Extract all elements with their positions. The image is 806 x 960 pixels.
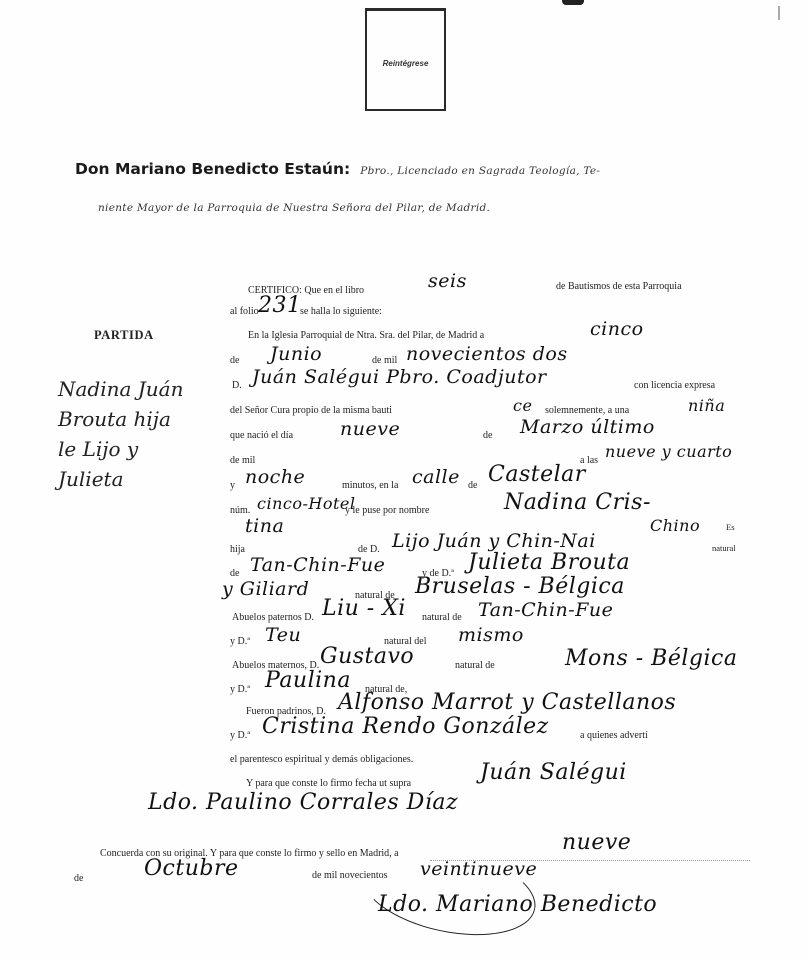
paternal-grandmother: Teu bbox=[265, 624, 301, 646]
officiating-priest: Juán Salégui Pbro. Coadjutor bbox=[252, 366, 547, 388]
concordance-day: nueve bbox=[562, 830, 631, 855]
mother-name-cont: y Giliard bbox=[222, 578, 309, 600]
godmother: Cristina Rendo González bbox=[262, 714, 549, 739]
partida-label: PARTIDA bbox=[94, 328, 154, 343]
birth-hour: nueve y cuarto bbox=[605, 442, 732, 461]
paternal-grandfather-birthplace: Tan-Chin-Fue bbox=[478, 599, 613, 621]
stamp-label: Reintégrese bbox=[367, 59, 444, 68]
paternal-grandmother-birthplace: mismo bbox=[458, 624, 524, 646]
header-line-2: niente Mayor de la Parroquia de Nuestra … bbox=[98, 202, 490, 214]
folio-value: 231 bbox=[258, 293, 302, 318]
birth-month: Marzo último bbox=[520, 416, 655, 438]
paternal-grandfather: Liu - Xi bbox=[322, 596, 406, 621]
birth-time-of-day: noche bbox=[245, 466, 305, 488]
priest-title: Pbro., Licenciado en Sagrada Teología, T… bbox=[360, 165, 600, 177]
maternal-grandfather: Gustavo bbox=[320, 644, 414, 669]
birth-street: Castelar bbox=[488, 462, 586, 487]
godfather: Alfonso Marrot y Castellanos bbox=[338, 690, 676, 715]
baptism-year: novecientos dos bbox=[406, 343, 568, 365]
child-name: Nadina Cris- bbox=[504, 490, 651, 515]
mother-birthplace: Bruselas - Bélgica bbox=[415, 574, 625, 599]
margin-note: Nadina Juán Brouta hija le Lijo y Juliet… bbox=[58, 374, 184, 494]
priest-name: Don Mariano Benedicto Estaún: bbox=[75, 160, 350, 178]
scan-mark bbox=[562, 0, 584, 5]
bautismos-text: de Bautismos de esta Parroquia bbox=[556, 281, 682, 292]
concordance-month: Octubre bbox=[144, 856, 239, 881]
stamp-box: Reintégrese bbox=[365, 8, 446, 111]
birth-day: nueve bbox=[340, 418, 400, 440]
priest-signature: Juán Salégui bbox=[480, 760, 627, 785]
child-name-cont: tina bbox=[245, 515, 284, 537]
baptism-month: Junio bbox=[270, 343, 322, 365]
libro-value: seis bbox=[428, 270, 467, 292]
father-name: Lijo Juán y Chin-Nai bbox=[392, 530, 596, 552]
folio-suffix: se halla lo siguiente: bbox=[300, 306, 382, 317]
mother-name: Julieta Brouta bbox=[468, 550, 630, 575]
gender: niña bbox=[688, 396, 725, 415]
header-line-1: Don Mariano Benedicto Estaún: Pbro., Lic… bbox=[75, 160, 600, 179]
father-origin: Chino bbox=[650, 516, 700, 535]
second-signature: Ldo. Paulino Corrales Díaz bbox=[148, 790, 458, 815]
scan-mark bbox=[778, 6, 780, 20]
father-birthplace: Tan-Chin-Fue bbox=[250, 554, 385, 576]
certifier-signature: Ldo. Mariano Benedicto bbox=[378, 892, 657, 917]
parentesco-text: el parentesco espiritual y demás obligac… bbox=[230, 754, 413, 765]
folio-label: al folio bbox=[230, 306, 259, 317]
iglesia-text: En la Iglesia Parroquial de Ntra. Sra. d… bbox=[248, 330, 484, 341]
firmo-text: Y para que conste lo firmo fecha ut supr… bbox=[246, 778, 411, 789]
street-number: cinco-Hotel bbox=[257, 494, 355, 513]
bautice-suffix: ce bbox=[513, 396, 532, 415]
baptism-day: cinco bbox=[590, 318, 644, 340]
maternal-grandfather-birthplace: Mons - Bélgica bbox=[565, 646, 737, 671]
baptism-certificate: Reintégrese Don Mariano Benedicto Estaún… bbox=[0, 0, 806, 960]
